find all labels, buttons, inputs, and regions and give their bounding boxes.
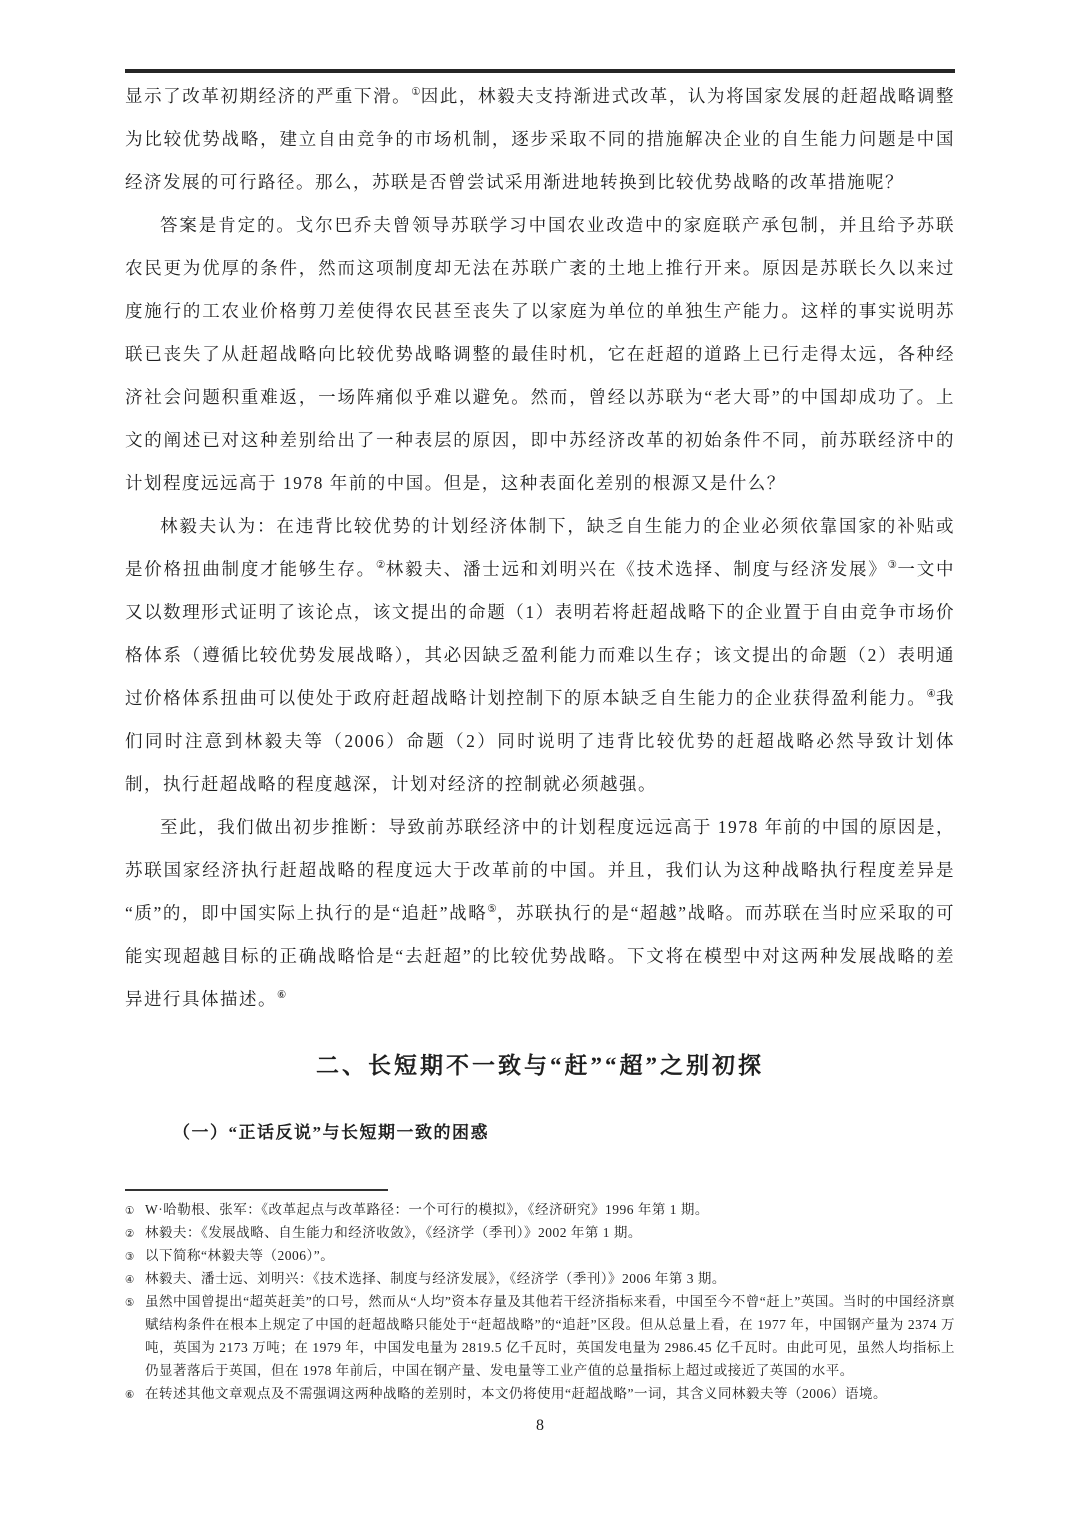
footnote-text: 在转述其他文章观点及不需强调这两种战略的差别时，本文仍将使用“赶超战略”一词，其… [145,1386,887,1401]
text-run: 显示了改革初期经济的严重下滑。 [125,86,411,106]
footnote-item: ⑤虽然中国曾提出“超英赶美”的口号，然而从“人均”资本存量及其他若干经济指标来看… [125,1290,955,1382]
footnote-text: W·哈勒根、张军：《改革起点与改革路径：一个可行的模拟》，《经济研究》1996 … [145,1202,709,1217]
subsection-heading: （一）“正话反说”与长短期一致的困惑 [173,1118,955,1143]
footnote-text: 以下简称“林毅夫等（2006）”。 [145,1248,334,1263]
header-rule [125,69,955,73]
footnote-ref-marker: ② [376,560,386,571]
footnote-marker: ⑥ [125,1384,134,1407]
section-heading: 二、长短期不一致与“赶”“超”之别初探 [125,1047,955,1080]
footnote-item: ②林毅夫：《发展战略、自生能力和经济收敛》，《经济学（季刊）》2002 年第 1… [125,1221,955,1244]
footnote-item: ①W·哈勒根、张军：《改革起点与改革路径：一个可行的模拟》，《经济研究》1996… [125,1198,955,1221]
text-run: 一文中又以数理形式证明了该论点，该文提出的命题（1）表明若将赶超战略下的企业置于… [125,559,955,708]
footnote-marker: ⑤ [125,1292,134,1315]
footnote-item: ③以下简称“林毅夫等（2006）”。 [125,1244,955,1267]
footnote-text: 林毅夫：《发展战略、自生能力和经济收敛》，《经济学（季刊）》2002 年第 1 … [145,1225,642,1240]
footnote-ref-marker: ① [411,87,421,98]
footnote-ref-marker: ⑥ [277,990,286,1001]
footnote-marker: ① [125,1200,134,1223]
footnote-item: ④林毅夫、潘士远、刘明兴：《技术选择、制度与经济发展》，《经济学（季刊）》200… [125,1267,955,1290]
body-text: 显示了改革初期经济的严重下滑。①因此，林毅夫支持渐进式改革，认为将国家发展的赶超… [125,75,955,1021]
footnotes: ①W·哈勒根、张军：《改革起点与改革路径：一个可行的模拟》，《经济研究》1996… [125,1198,955,1405]
document-page: 显示了改革初期经济的严重下滑。①因此，林毅夫支持渐进式改革，认为将国家发展的赶超… [0,0,1080,1527]
text-run: 答案是肯定的。戈尔巴乔夫曾领导苏联学习中国农业改造中的家庭联产承包制，并且给予苏… [125,215,955,493]
paragraph: 显示了改革初期经济的严重下滑。①因此，林毅夫支持渐进式改革，认为将国家发展的赶超… [125,75,955,204]
footnote-ref-marker: ③ [888,560,898,571]
paragraph: 答案是肯定的。戈尔巴乔夫曾领导苏联学习中国农业改造中的家庭联产承包制，并且给予苏… [125,204,955,505]
text-run: 林毅夫、潘士远和刘明兴在《技术选择、制度与经济发展》 [386,559,888,579]
footnote-ref-marker: ④ [927,689,937,700]
page-number: 8 [125,1417,955,1435]
footnote-text: 林毅夫、潘士远、刘明兴：《技术选择、制度与经济发展》，《经济学（季刊）》2006… [145,1271,726,1286]
footnote-ref-marker: ⑤ [487,904,497,915]
footnote-text: 虽然中国曾提出“超英赶美”的口号，然而从“人均”资本存量及其他若干经济指标来看，… [145,1294,955,1378]
footnote-divider [125,1189,388,1191]
footnote-marker: ③ [125,1246,134,1269]
paragraph: 林毅夫认为：在违背比较优势的计划经济体制下，缺乏自生能力的企业必须依靠国家的补贴… [125,505,955,806]
footnote-marker: ④ [125,1269,134,1292]
paragraph: 至此，我们做出初步推断：导致前苏联经济中的计划程度远远高于 1978 年前的中国… [125,806,955,1021]
footnote-marker: ② [125,1223,134,1246]
footnote-item: ⑥在转述其他文章观点及不需强调这两种战略的差别时，本文仍将使用“赶超战略”一词，… [125,1382,955,1405]
